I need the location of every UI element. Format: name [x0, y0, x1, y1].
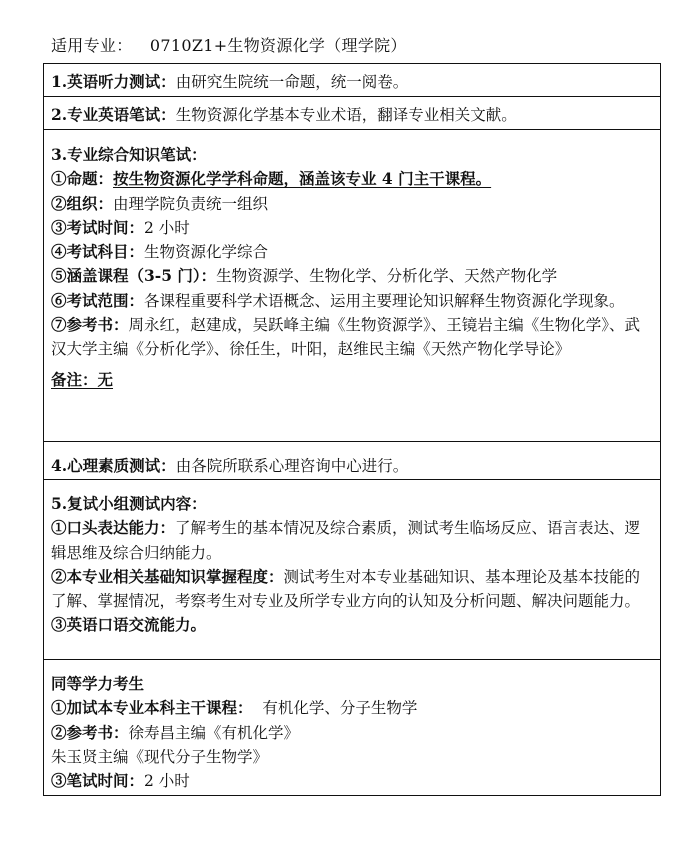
- major-label: 适用专业：: [51, 36, 133, 55]
- section-comprehensive-exam: 3.专业综合知识笔试： ①命题：按生物资源化学学科命题，涵盖该专业 4 门主干课…: [44, 129, 660, 441]
- item-organization: ②组织：由理学院负责统一组织: [51, 192, 653, 216]
- section-equivalent-candidates: 同等学力考生 ①加试本专业本科主干课程： 有机化学、分子生物学 ②参考书：徐寿昌…: [44, 659, 660, 795]
- item-exam-scope: ⑥考试范围：各课程重要科学术语概念、运用主要理论知识解释生物资源化学现象。: [51, 289, 653, 313]
- section-title: 1.英语听力测试：: [51, 72, 176, 91]
- section-title: 5.复试小组测试内容：: [51, 494, 207, 513]
- major-value: 0710Z1+生物资源化学（理学院）: [150, 36, 407, 55]
- item-basic-knowledge: ②本专业相关基础知识掌握程度：测试考生对本专业基础知识、基本理论及基本技能的了解…: [51, 565, 653, 614]
- item-exam-subject: ④考试科目：生物资源化学综合: [51, 240, 653, 264]
- section-text: 由各院所联系心理咨询中心进行。: [176, 457, 409, 475]
- section-text: 生物资源化学基本专业术语，翻译专业相关文献。: [176, 106, 517, 124]
- section-text: 由研究生院统一命题，统一阅卷。: [176, 73, 409, 91]
- section-professional-english: 2.专业英语笔试：生物资源化学基本专业术语，翻译专业相关文献。: [44, 96, 660, 129]
- section-title: 同等学力考生: [51, 674, 144, 693]
- item-proposition: ①命题：按生物资源化学学科命题，涵盖该专业 4 门主干课程。: [51, 167, 653, 191]
- item-oral-expression: ①口头表达能力：了解考生的基本情况及综合素质，测试考生临场反应、语言表达、逻辑思…: [51, 516, 653, 565]
- item-written-exam-time: ③笔试时间：2 小时: [51, 769, 653, 793]
- note: 备注：无: [51, 370, 113, 389]
- exam-requirements-table: 1.英语听力测试：由研究生院统一命题，统一阅卷。 2.专业英语笔试：生物资源化学…: [43, 63, 661, 796]
- section-title: 3.专业综合知识笔试：: [51, 145, 207, 164]
- proposition-text: 按生物资源化学学科命题，涵盖该专业 4 门主干课程。: [113, 169, 491, 188]
- item-extra-courses: ①加试本专业本科主干课程： 有机化学、分子生物学: [51, 696, 653, 720]
- item-reference-books: ⑦参考书：周永红，赵建成，吴跃峰主编《生物资源学》、王镜岩主编《生物化学》、武汉…: [51, 313, 653, 362]
- item-courses: ⑤涵盖课程（3-5 门）：生物资源学、生物化学、分析化学、天然产物化学: [51, 264, 653, 288]
- item-oral-english: ③英语口语交流能力。: [51, 613, 653, 637]
- section-title: 4.心理素质测试：: [51, 456, 176, 475]
- item-reference-book-1: ②参考书：徐寿昌主编《有机化学》: [51, 721, 653, 745]
- section-title: 2.专业英语笔试：: [51, 105, 176, 124]
- applicable-major: 适用专业： 0710Z1+生物资源化学（理学院）: [51, 33, 407, 56]
- section-psych-test: 4.心理素质测试：由各院所联系心理咨询中心进行。: [44, 441, 660, 479]
- item-exam-time: ③考试时间：2 小时: [51, 216, 653, 240]
- item-reference-book-2: 朱玉贤主编《现代分子生物学》: [51, 745, 653, 769]
- section-english-listening: 1.英语听力测试：由研究生院统一命题，统一阅卷。: [44, 64, 660, 96]
- section-group-test: 5.复试小组测试内容： ①口头表达能力：了解考生的基本情况及综合素质，测试考生临…: [44, 479, 660, 659]
